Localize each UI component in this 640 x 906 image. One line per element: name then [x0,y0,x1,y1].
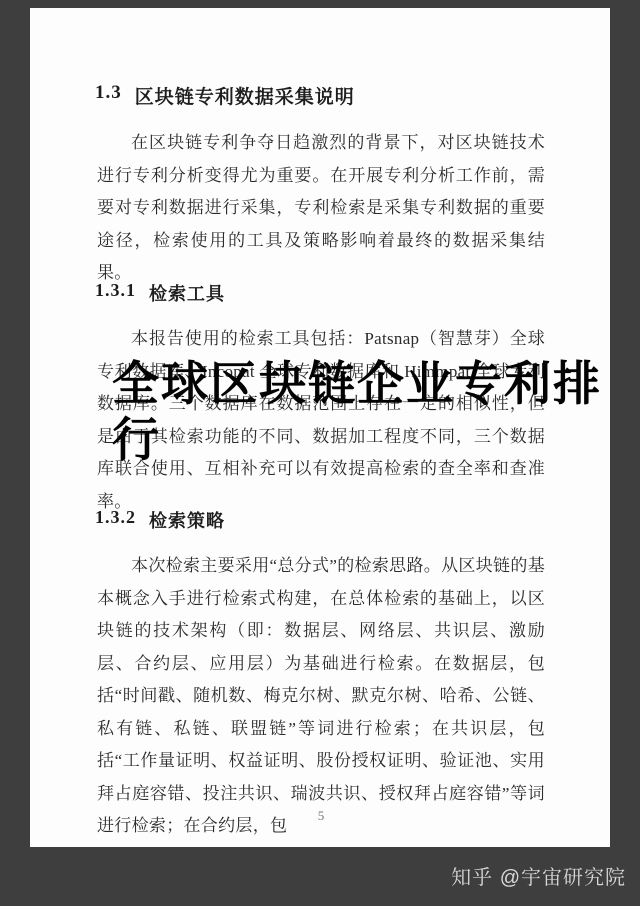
section-number: 1.3 [95,82,122,109]
paragraph-search-strategy: 本次检索主要采用“总分式”的检索思路。从区块链的基本概念入手进行检索式构建，在总… [97,550,545,843]
section-heading-1-3-1: 1.3.1 检索工具 [95,280,225,306]
section-number: 1.3.1 [95,280,136,306]
section-heading-1-3: 1.3 区块链专利数据采集说明 [95,82,355,109]
zhihu-credit-watermark: 知乎 @宇宙研究院 [451,861,626,890]
overlay-title-watermark: 全球区块链企业专利排行 [112,356,624,468]
section-title: 检索工具 [149,280,225,306]
page-number: 5 [97,808,545,824]
section-title: 检索策略 [149,507,225,533]
section-heading-1-3-2: 1.3.2 检索策略 [95,507,225,533]
document-viewer: 1.3 区块链专利数据采集说明 在区块链专利争夺日趋激烈的背景下，对区块链技术进… [0,0,640,906]
section-number: 1.3.2 [95,507,136,533]
paragraph-overview: 在区块链专利争夺日趋激烈的背景下，对区块链技术进行专利分析变得尤为重要。在开展专… [97,127,545,290]
section-title: 区块链专利数据采集说明 [135,82,355,109]
